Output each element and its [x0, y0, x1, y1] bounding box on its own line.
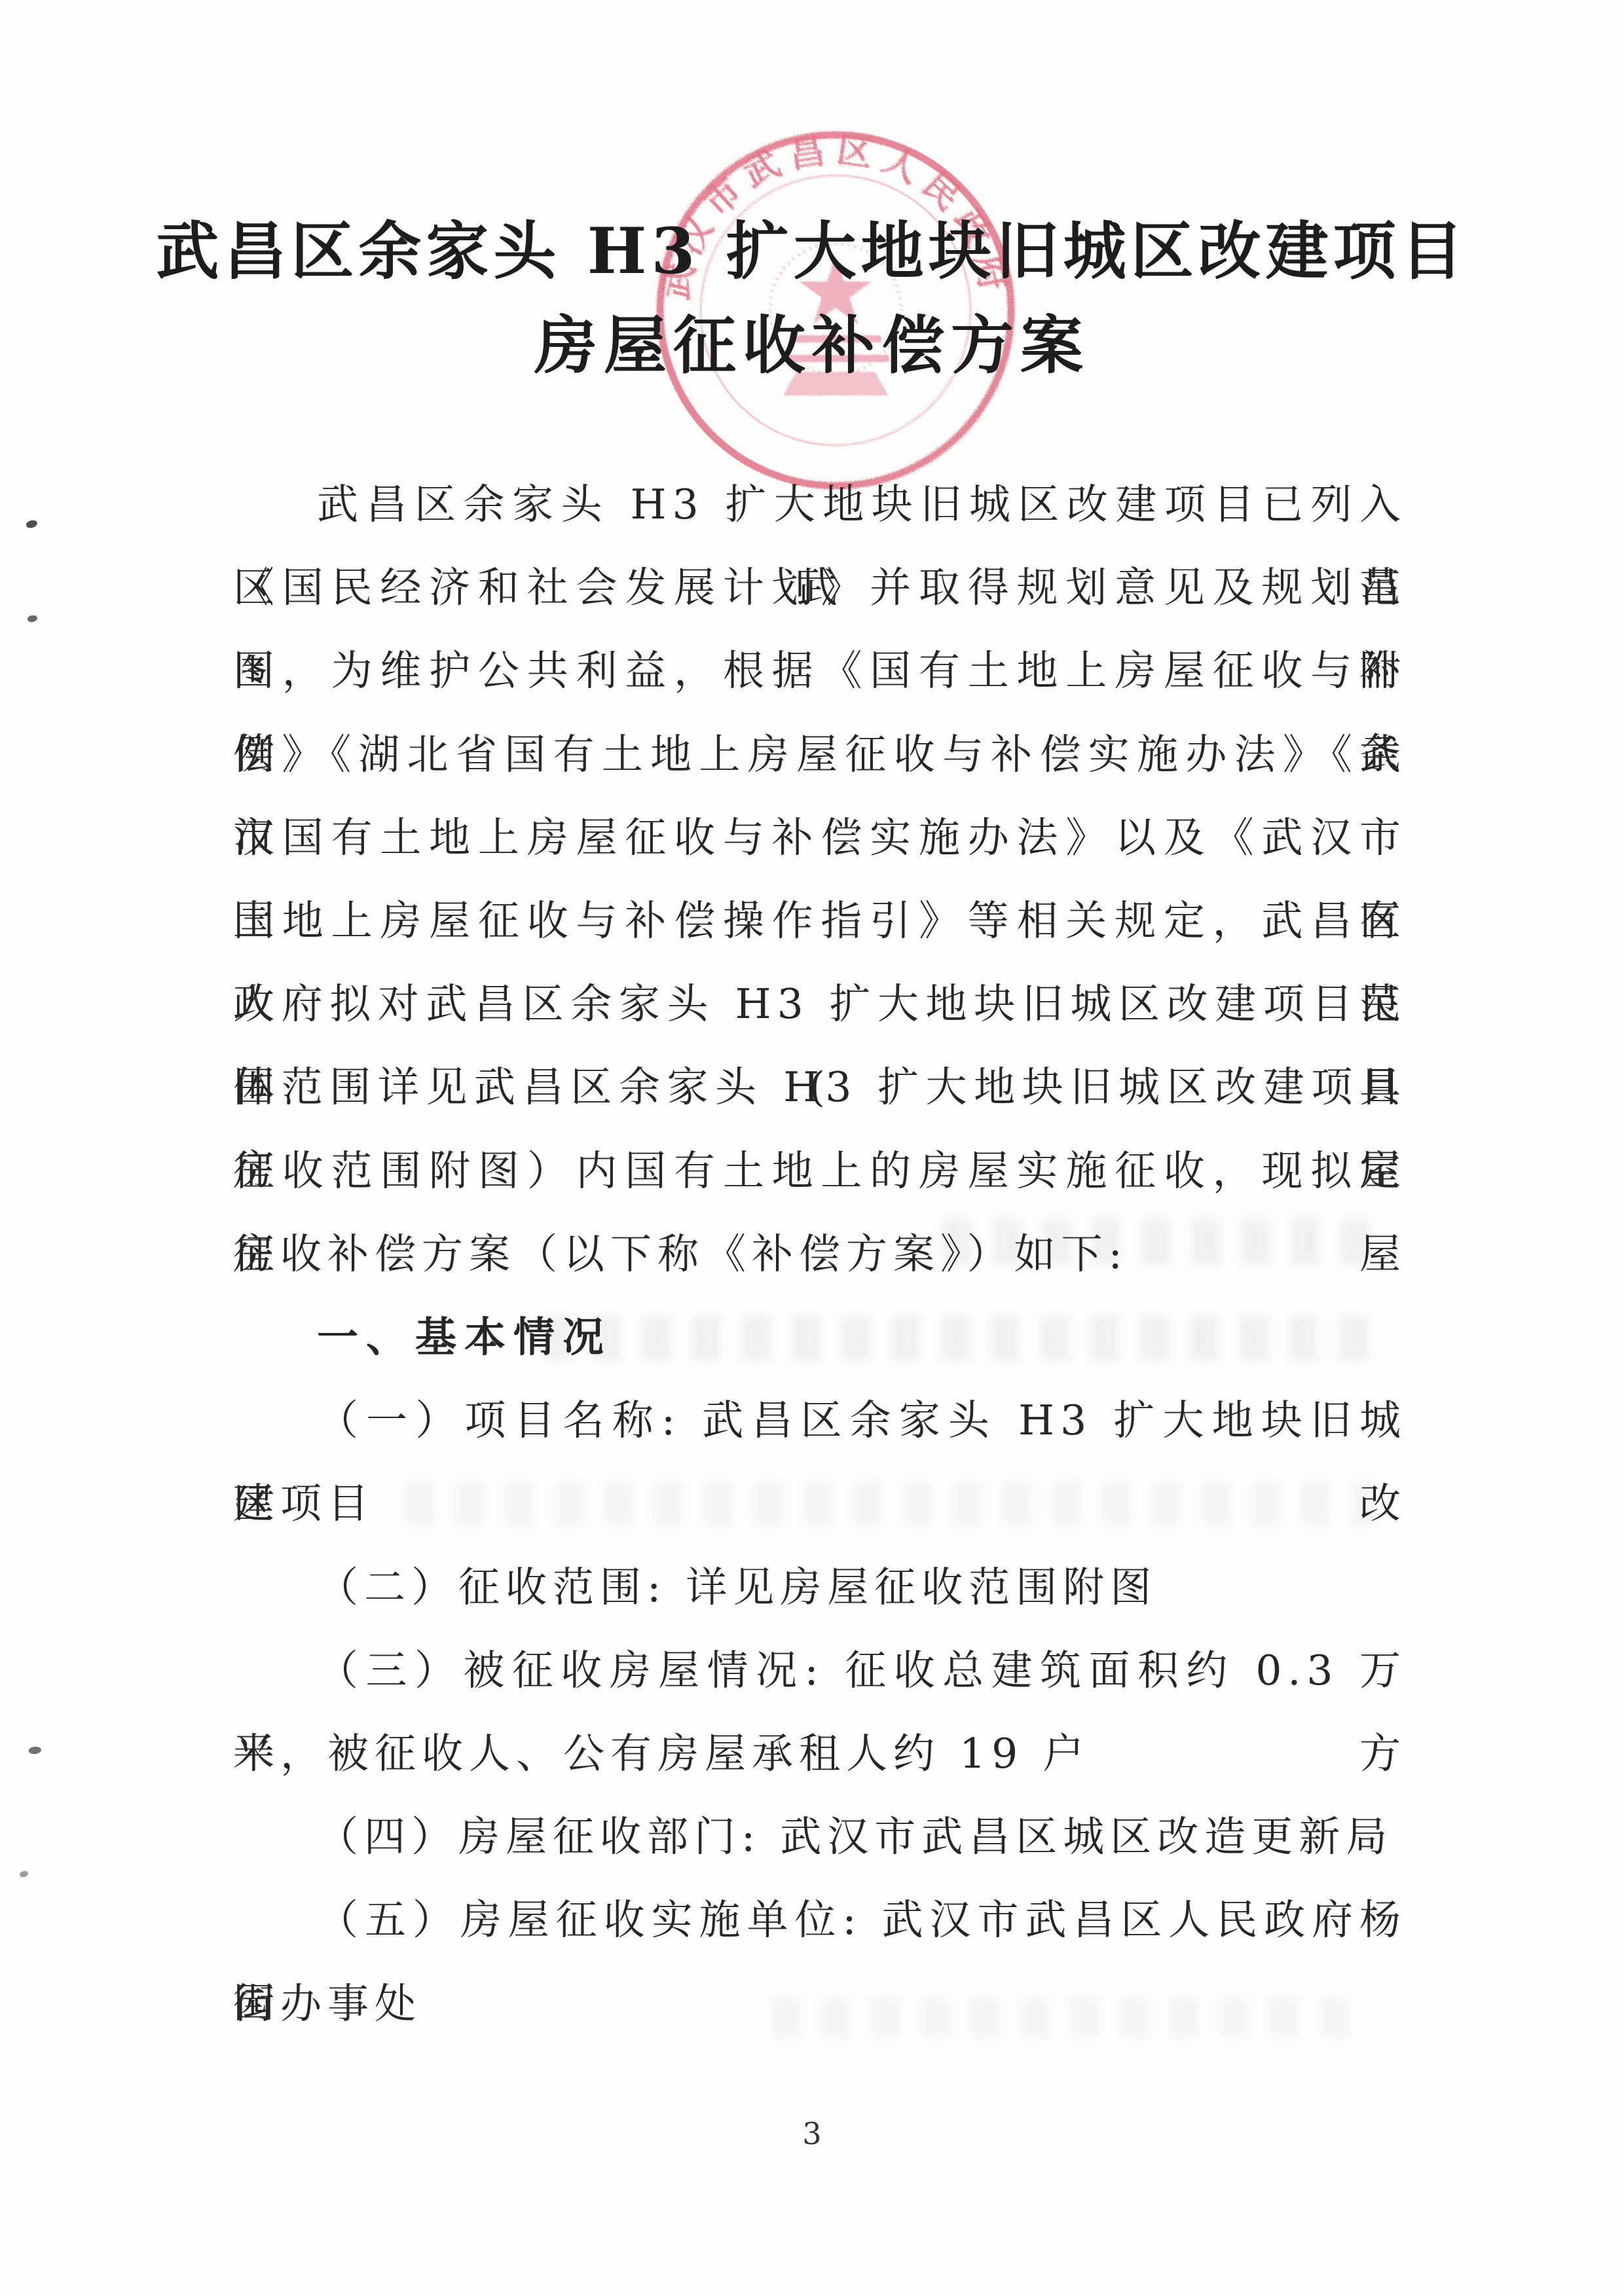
body-line: 米，被征收人、公有房屋承租人约 19 户 [233, 1712, 1407, 1795]
section-heading: 一、基本情况 [233, 1296, 1407, 1379]
body-line: 区国民经济和社会发展计划》并取得规划意见及规划范围附 [233, 546, 1407, 629]
body-line: （四）房屋征收部门: 武汉市武昌区城区改造更新局 [233, 1795, 1407, 1878]
ink-speck [28, 1746, 41, 1755]
body-line: （五）房屋征收实施单位: 武汉市武昌区人民政府杨园 [233, 1878, 1407, 1961]
body-line: 征收补偿方案（以下称《补偿方案》）如下: [233, 1212, 1407, 1296]
ink-speck [27, 614, 38, 623]
body-line: （二）征收范围: 详见房屋征收范围附图 [233, 1546, 1407, 1629]
body-line: 政府拟对武昌区余家头 H3 扩大地块旧城区改建项目范围(具 [233, 962, 1407, 1046]
ink-speck [19, 1870, 29, 1878]
body-line: 建项目 [233, 1462, 1407, 1545]
body-line: 武昌区余家头 H3 扩大地块旧城区改建项目已列入《武昌 [233, 463, 1407, 546]
document-title-line-1: 武昌区余家头 H3 扩大地块旧城区改建项目 [0, 202, 1624, 291]
body-line: 市国有土地上房屋征收与补偿实施办法》以及《武汉市国有 [233, 796, 1407, 879]
ink-speck [26, 519, 39, 530]
body-line: 图，为维护公共利益，根据《国有土地上房屋征收与补偿条 [233, 629, 1407, 712]
body-line: 征收范围附图）内国有土地上的房屋实施征收，现拟定房屋 [233, 1129, 1407, 1212]
body-line: （三）被征收房屋情况: 征收总建筑面积约 0.3 万平方 [233, 1629, 1407, 1712]
body-line: 街办事处 [233, 1962, 1407, 2045]
body-line: （一）项目名称: 武昌区余家头 H3 扩大地块旧城区改 [233, 1379, 1407, 1462]
body-line: 例》《湖北省国有土地上房屋征收与补偿实施办法》《武汉 [233, 713, 1407, 796]
body-line: 土地上房屋征收与补偿操作指引》等相关规定，武昌区人民 [233, 879, 1407, 962]
page-number: 3 [0, 2116, 1624, 2151]
document-title-line-2: 房屋征收补偿方案 [0, 296, 1624, 386]
scanned-document-page: 武汉市武昌区人民政府 武昌区余家头 H3 扩大地块旧城区改建项目 房屋征收补偿方… [0, 0, 1624, 2296]
body-line: 体范围详见武昌区余家头 H3 扩大地块旧城区改建项目房屋 [233, 1046, 1407, 1129]
